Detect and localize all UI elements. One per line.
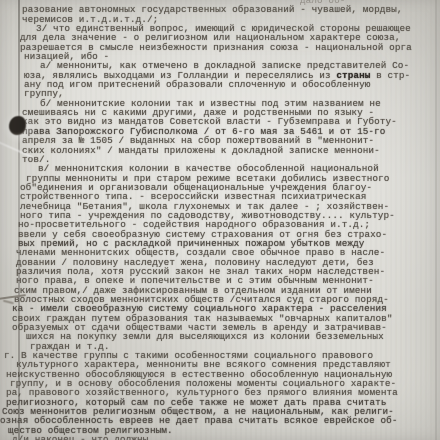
document-line: ану под игом притеснений образовали спло…	[0, 80, 440, 89]
document-line: дало об-	[0, 0, 440, 5]
document-line: ских колониях" / мандаты приложены к док…	[0, 146, 440, 155]
document-text: дало об-разование автономных государстве…	[0, 0, 440, 440]
ink-blot	[9, 116, 26, 135]
document-page: дало об-разование автономных государстве…	[0, 0, 440, 440]
right-edge-streak	[435, 0, 437, 440]
page-fold-line	[18, 0, 20, 440]
document-line: д/и наконец - что должны	[0, 435, 440, 440]
